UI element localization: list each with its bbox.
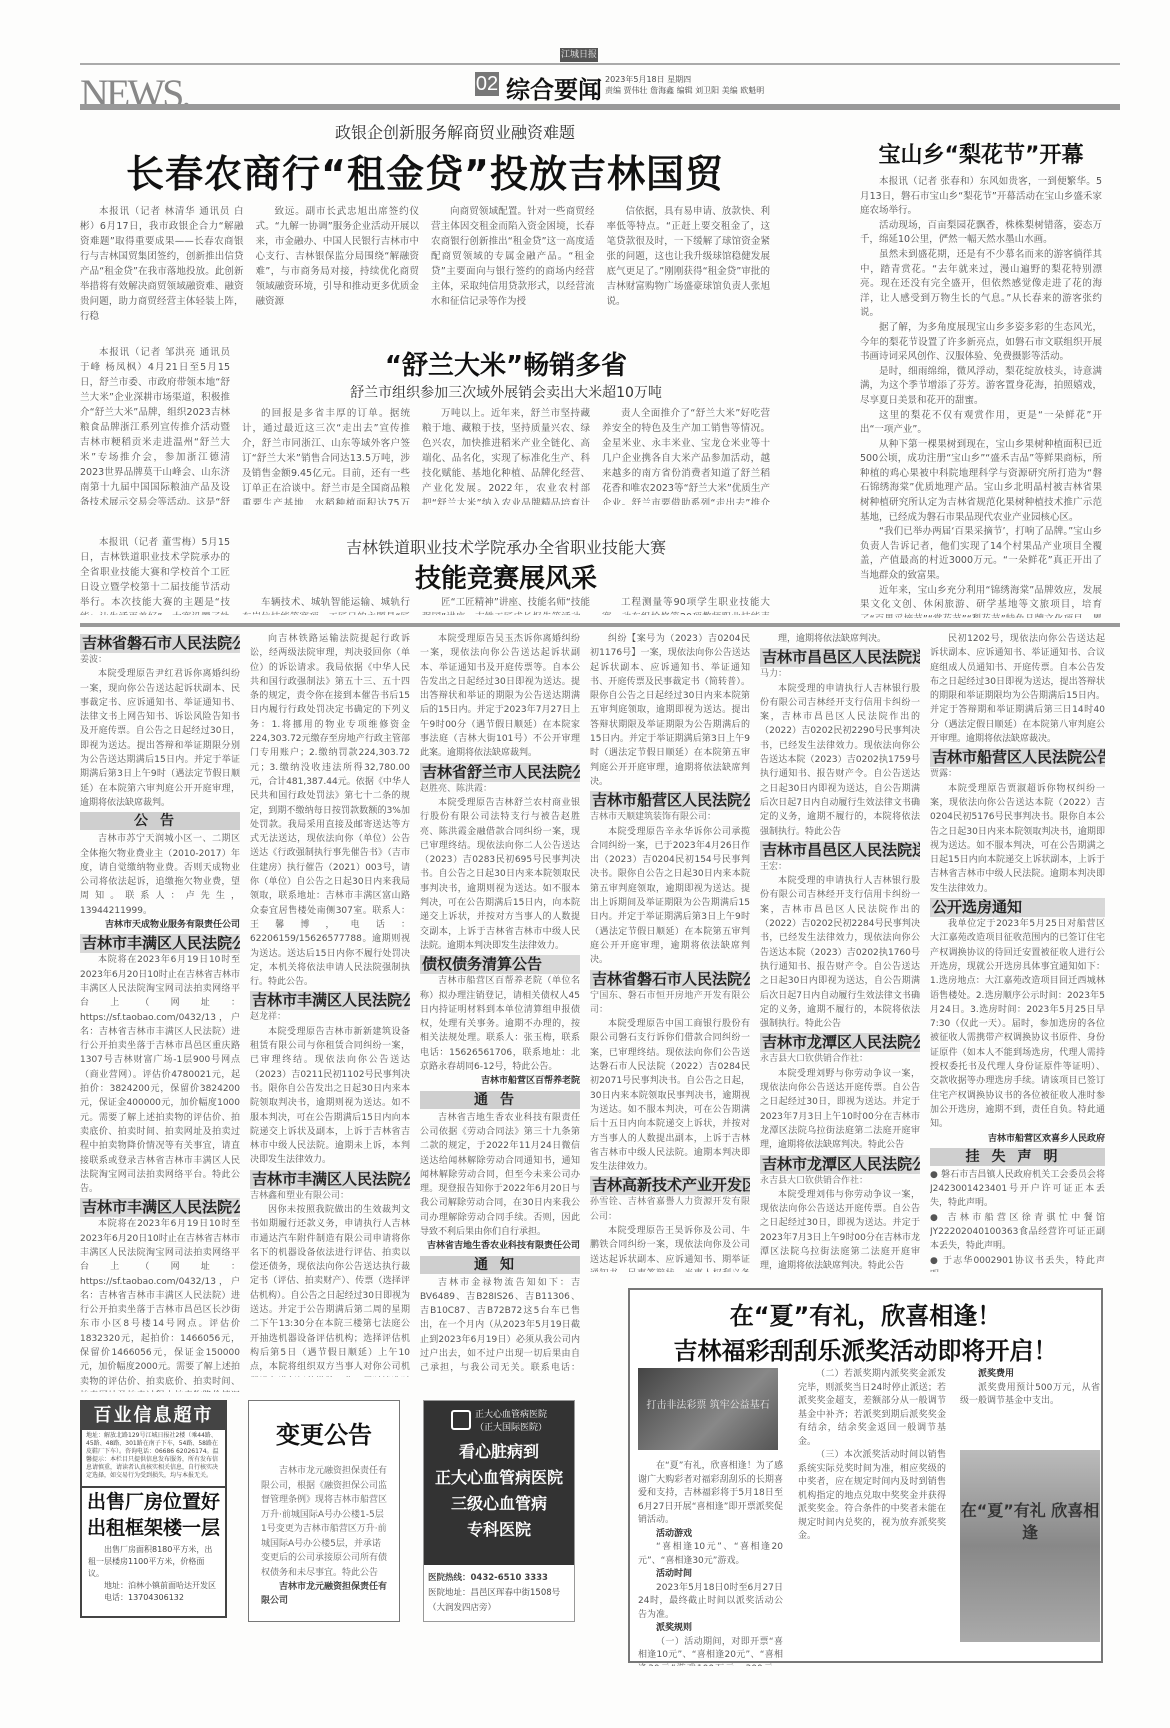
notice-body: 本院受理原告辛永华诉你公司承揽合同纠纷一案，已于2023年4月26日作出（202… — [590, 825, 750, 968]
notice-body: 吉林市苏宁天润城小区一、二期区全体拖欠物业费业主（2010-2017）年度，请自… — [80, 832, 240, 918]
notice-body: 本院受理原告王昊诉你及公司、牛鹏铁合同纠纷一案，现依法向你及公司送达起诉状副本、… — [590, 1224, 750, 1272]
notice-to: 孙雪铨、吉林省嘉譽人力资源开发有限公司： — [590, 1195, 750, 1224]
hospital-name: 正大心血管病医院 — [475, 1407, 547, 1420]
change-notice-signature: 吉林市龙元融资担保责任有限公司 — [261, 1580, 387, 1608]
hospital-slogan-1: 看心脏病到 — [428, 1439, 570, 1465]
notice-body: 因你未按照我院做出的生效裁判文书如期履行还款义务，申请执行人吉林市通达汽车附件制… — [250, 1203, 410, 1377]
notice-to: 吉林市天顺建筑装饰有限公司： — [590, 810, 750, 824]
hospital-slogan-3: 三级心血管病 — [428, 1491, 570, 1517]
lottery-cost: 派奖费用预计500万元，从省级一般调节基金中支出。 — [960, 1382, 1100, 1409]
article-kicker: 吉林铁道职业技术学院承办全省职业技能大赛 — [242, 535, 770, 558]
notice-to: 宁国东、磐石市恒开房地产开发有限公司： — [590, 989, 750, 1018]
paragraph: “我们已举办两届‘百果采摘节’，打响了品牌。”宝山乡负责人告诉记者，他们实现了1… — [860, 525, 1102, 583]
article-pear-festival: 宝山乡“梨花节”开幕 本报讯（记者 张春和）东风如贵客，一到便繁华。5月13日，… — [860, 138, 1102, 618]
ad-market-info: 出售厂房面积8180平方米，出租一层楼房1100平方米，价格面议。 — [82, 1544, 225, 1580]
section-title: 综合要闻 — [506, 70, 602, 105]
notice-body: 本院受理的申请执行人吉林银行股份有限公司吉林经开支行信用卡纠纷一案，吉林市昌邑区… — [760, 874, 920, 1031]
date-line: 2023年5月18日 星期四 — [605, 74, 764, 85]
article-column: 本报讯（记者 邹洪亮 通讯员 于峰 杨凤枫）4月21日至5月15日，舒兰市委、市… — [80, 345, 230, 505]
ad-market-phone: 电话：13704306132 — [82, 1592, 225, 1604]
lottery-text-col2: （二）若派奖期内派奖奖金派发完毕，则派奖当日24时停止派送；若派奖奖金超支，差额… — [798, 1368, 946, 1648]
article-column: 本报讯（记者 林清华 通讯员 白彬）6月17日，我市政银企合力“解融资难题”取得… — [80, 204, 244, 324]
notice-body: 本院将在2023年6月19日10时至2023年6月20日10时止在吉林省吉林市丰… — [80, 953, 240, 1196]
lottery-games-heading: 活动游戏 — [638, 1528, 783, 1542]
ad-info-market: 百业信息超市 地址：解放北路129号江城日报社2楼（乘44路、45路、48路、3… — [80, 1400, 227, 1618]
ad-lottery: 在“夏”有礼，欣喜相逢！ 吉林福彩刮刮乐派奖活动即将开启！ 打击非法彩票 筑牢公… — [628, 1288, 1103, 1663]
paper-logo: 江城日报 — [560, 48, 598, 62]
lottery-games: “喜相逢10元”、“喜相逢20元”、“喜相逢30元”游戏。 — [638, 1541, 783, 1568]
notice-title: 公开选房通知 — [930, 898, 1105, 917]
article-column: 信依据，具有易申请、放款快、利率低等特点。“正赶上要交租金了，这笔贷款很及时，一… — [607, 204, 771, 324]
notice-to: 吉林鑫和塑业有限公司： — [250, 1189, 410, 1203]
notice-body: 本院受理刘野与你劳动争议一案，现依法向你公告送达开庭传票。自公告之日起经过30日… — [760, 1067, 920, 1153]
article-rent-loan: 政银企创新服务解商贸业融资难题 长春农商行“租金贷”投放吉林国贸 本报讯（记者 … — [80, 120, 770, 325]
notice-body: 本院受理原告吉林市新新建筑设备租赁有限公司与你租赁合同纠纷一案，已审理终结。现依… — [250, 1025, 410, 1168]
notice-to: 永吉县大口钦供销合作社： — [760, 1052, 920, 1066]
ad-market-header: 百业信息超市 — [82, 1402, 225, 1430]
hospital-alt-name: （正大国际医院） — [475, 1420, 547, 1433]
notice-body: 理，逾期将依法缺席判决。 — [760, 632, 920, 646]
notice-bullet: ● 磐石市吉昌镇人民政府机关工会委员会将J2423001423401号开户许可证… — [930, 1168, 1105, 1211]
article-headline: 长春农商行“租金贷”投放吉林国贸 — [80, 143, 770, 198]
paragraph: 这里的梨花不仅有观赏作用，更是“一朵鲜花”开出“一项产业”。 — [860, 409, 1102, 438]
ad-change-notice: 变更公告 吉林市龙元融资担保责任有限公司，根据《融资担保公司监督管理条例》现将吉… — [248, 1400, 400, 1622]
lottery-time-heading: 活动时间 — [638, 1568, 783, 1582]
notice-title: 吉林市昌邑区人民法院送达公告 — [760, 841, 920, 860]
article-column: 致远。副市长武忠旭出席签约仪式。“九解一协调”服务企业活动开展以来，市金融办、中… — [256, 204, 420, 324]
section-meta: 2023年5月18日 星期四 责编 贾伟壮 詹海鑫 编辑 刘卫阳 美编 欧魁明 — [605, 74, 764, 96]
article-column: 工程测量等90项学生职业技能大赛、动车组检修等20项教师职业技能表演赛、“筑梦新… — [602, 595, 770, 615]
article-column: 的回报是多省丰厚的订单。据统计，通过最近这三次“走出去”宣传推介，舒兰市同浙江、… — [242, 406, 410, 505]
notice-body: 吉林省吉地生香农业科技有限责任公司依据《劳动合同法》第三十九条第二款的规定，于2… — [420, 1111, 580, 1240]
article-kicker: 政银企创新服务解商贸业融资难题 — [140, 120, 770, 143]
lottery-banner-image: 打击非法彩票 筑牢公益基石 — [638, 1368, 778, 1450]
notice-column-2: 向吉林铁路运输法院提起行政诉讼，经两级法院审理，判决驳回你（单位）的诉讼请求。我… — [250, 632, 410, 1377]
article-column: 车辆技术、城轨智能运输、城轨行车岗位技能等赛项。工匠日的主题是“匠心向党，技能强… — [242, 595, 410, 615]
paragraph: 本报讯（记者 张春和）东风如贵客，一到便繁华。5月13日，磐石市宝山乡“梨花节”… — [860, 175, 1102, 219]
masthead: 江城日报 NEWS. 02 综合要闻 2023年5月18日 星期四 责编 贾伟壮… — [80, 48, 1120, 110]
notice-body: 本院将在2023年6月19日10时至2023年6月20日10时止在吉林省吉林市丰… — [80, 1217, 240, 1392]
notice-body: 本院受理原告吴玉杰诉你离婚纠纷一案，现依法向你公告送达起诉状副本、举证通知书及开… — [420, 632, 580, 761]
notice-center: 公告 — [80, 812, 240, 830]
notice-body: 本院受理原告中国工商银行股份有限公司磐石支行诉你们借款合同纠纷一案，已审理终结。… — [590, 1017, 750, 1174]
notice-body: 吉林市金禄物流告知如下：吉BV6489、吉B28IS26、吉B11306、吉B1… — [420, 1276, 580, 1377]
section-number: 02 — [475, 72, 499, 96]
paragraph: 是时，细雨绵绵，微风浮动，梨花绽放枝头，诗意满满，为这个季节增添了芬芳。游客置身… — [860, 365, 1102, 409]
notice-title: 吉林市龙潭区人民法院公告 — [760, 1155, 920, 1174]
notice-title: 吉林市龙潭区人民法院公告 — [760, 1033, 920, 1052]
change-notice-title: 变更公告 — [261, 1415, 387, 1450]
lottery-headline-2: 吉林福彩刮刮乐派奖活动即将开启！ — [630, 1331, 1101, 1366]
notice-sign: 吉林市天成物业服务有限责任公司 — [80, 918, 240, 932]
article-headline: 宝山乡“梨花节”开幕 — [860, 138, 1102, 169]
notice-column-1: 吉林省磐石市人民法院公告姜波：本院受理原告尹红君诉你离婚纠纷一案，现向你公告送达… — [80, 632, 240, 1392]
address-label: 医院地址： — [428, 1588, 471, 1598]
lottery-rules-heading: 派奖规则 — [638, 1622, 783, 1636]
notice-title: 吉林市丰满区人民法院公告 — [250, 991, 410, 1010]
hospital-slogan-4: 专科医院 — [428, 1517, 570, 1543]
masthead-rule-top — [80, 63, 1120, 65]
notice-to: 赵龙祥： — [250, 1010, 410, 1024]
hotline-number: 0432-6510 3333 — [471, 1573, 548, 1583]
notice-title: 吉林市丰满区人民法院公告(第一次) — [80, 934, 240, 953]
notice-body: 本院受理刘伟与你劳动争议一案，现依法向你公告送达开庭传票。自公告之日起经过30日… — [760, 1188, 920, 1272]
article-column: 本报讯（记者 董雪梅）5月15日，吉林铁道职业技术学院承办的全省职业技能大赛和学… — [80, 535, 230, 615]
notice-title: 吉林省舒兰市人民法院公告 — [420, 763, 580, 782]
notice-title: 债权债务清算公告 — [420, 955, 580, 974]
article-column: 向商贸领域配置。针对一些商贸经营主体因交租金而陷入资金困境，长春农商银行创新推出… — [431, 204, 595, 324]
newspaper-page: 江城日报 NEWS. 02 综合要闻 2023年5月18日 星期四 责编 贾伟壮… — [80, 0, 1120, 1728]
notice-bullet: ● 于志华0002901协议书丢失，特此声明。 — [930, 1254, 1105, 1272]
notice-body: 我单位定于2023年5月25日对船营区大江嘉苑改造项目征收范围内的已签订住宅产权… — [930, 917, 1105, 1131]
notice-center: 挂失声明 — [930, 1148, 1105, 1166]
section-divider — [80, 623, 1120, 627]
notice-body: 吉林市船营区百帮养老院（单位名称）拟办理注销登记，请相关债权人45日内持证明材料… — [420, 974, 580, 1074]
notice-body: 本院受理原告尹红君诉你离婚纠纷一案，现向你公告送达起诉状副本、民事裁定书、应诉通… — [80, 667, 240, 810]
hospital-emblem-icon — [451, 1410, 471, 1430]
ad-market-address: 地址：泊林小镇前面哈达开发区 — [82, 1580, 225, 1592]
ad-hospital: 正大心血管病医院 （正大国际医院） 看心脏病到 正大心血管病医院 三级心血管病 … — [423, 1400, 575, 1622]
lottery-rules-2: （二）若派奖期内派奖奖金派发完毕，则派奖当日24时停止派送；若派奖奖金超支，差额… — [798, 1368, 946, 1449]
notice-title: 吉林高新技术产业开发区人民法院公告 — [590, 1176, 750, 1195]
lottery-time: 2023年5月18日0时至6月27日24时，最终截止时间以派奖活动公告为准。 — [638, 1582, 783, 1623]
notice-to: 永吉县大口钦供销合作社： — [760, 1174, 920, 1188]
article-column: 匠“工匠精神”讲座、技能名师“技能强国”讲座、吉铁工匠成长报告等活动。技能节的主… — [422, 595, 590, 615]
notice-body: 纠纷【案号为（2023）吉0204民初1176号】一案，现依法向你公告送达起诉状… — [590, 632, 750, 789]
notice-to: 贾露： — [930, 767, 1105, 781]
article-headline: “舒兰大米”畅销多省 — [242, 345, 770, 382]
notice-body: 本院受理的申请执行人吉林银行股份有限公司吉林经开支行信用卡纠纷一案，吉林市昌邑区… — [760, 682, 920, 839]
notice-sign: 吉林市船营区欢喜乡人民政府 — [930, 1132, 1105, 1146]
lottery-text-col1: 在“夏”有礼，欣喜相逢！为了感谢广大购彩者对福彩刮刮乐的长期喜爱和支持，吉林福彩… — [638, 1460, 783, 1666]
lottery-cost-heading: 派奖费用 — [960, 1368, 1100, 1382]
notice-sign: 吉林省吉地生香农业科技有限责任公司 — [420, 1239, 580, 1253]
lottery-rules-1: （一）活动期间，对即开票“喜相逢10元”、“喜相逢20元”、“喜相逢30元”游戏… — [638, 1636, 783, 1666]
ad-market-line1: 出售厂房位置好 — [82, 1490, 225, 1514]
notice-body: 本院受理原告吉林舒兰农村商业银行股份有限公司法特支行与被告赵胜亮、陈洪霞金融借款… — [420, 796, 580, 953]
notice-title: 吉林市丰满区人民法院公告(第一次) — [80, 1198, 240, 1217]
notice-center: 通知 — [420, 1256, 580, 1274]
notice-to: 王宏： — [760, 860, 920, 874]
notice-bullet: ● 吉林市船营区徐青骐忙中餐馆JY22202040100363食品经营许可证正副… — [930, 1211, 1105, 1254]
paragraph: 从种下第一棵果树到现在，宝山乡果树种植面积已近500公顷，成功注册“宝山乡”“盛… — [860, 438, 1102, 526]
staff-line: 责编 贾伟壮 詹海鑫 编辑 刘卫阳 美编 欧魁明 — [605, 85, 764, 96]
ad-market-line2: 出租框架楼一层 — [82, 1516, 225, 1540]
paragraph: 据了解，为多角度展现宝山乡多姿多彩的生态风光，今年的梨花节设置了许多新亮点，如磐… — [860, 321, 1102, 365]
notice-to: 姜波： — [80, 653, 240, 667]
hospital-slogan-2: 正大心血管病医院 — [428, 1465, 570, 1491]
article-shulan-rice: 本报讯（记者 邹洪亮 通讯员 于峰 杨凤枫）4月21日至5月15日，舒兰市委、市… — [80, 345, 770, 505]
paragraph: 虽然未到盛花期，还是有不少慕名而来的游客徜徉其中，踏青赏花。“去年就来过，漫山遍… — [860, 248, 1102, 321]
lottery-rules-3: （三）本次派奖活动时间以销售系统实际兑奖时间为准，相应奖级的中奖者，应在规定时间… — [798, 1449, 946, 1544]
lottery-poster-image: 在“夏”有礼 欣喜相逢 — [960, 1450, 1100, 1642]
notice-column-6: 民初1202号，现依法向你公告送达起诉状副本、应诉通知书、举证通知书、合议庭组成… — [930, 632, 1105, 1272]
notice-center: 通告 — [420, 1091, 580, 1109]
notice-column-3: 本院受理原告吴玉杰诉你离婚纠纷一案，现依法向你公告送达起诉状副本、举证通知书及开… — [420, 632, 580, 1377]
notice-title: 吉林市昌邑区人民法院送达公告 — [760, 648, 920, 667]
notice-body: 向吉林铁路运输法院提起行政诉讼，经两级法院审理，判决驳回你（单位）的诉讼请求。我… — [250, 632, 410, 989]
masthead-rule-bottom — [80, 104, 1120, 110]
notice-title: 吉林市船营区人民法院公告 — [590, 791, 750, 810]
notice-to: 马力： — [760, 667, 920, 681]
hotline-label: 医院热线： — [428, 1573, 471, 1583]
lottery-intro: 在“夏”有礼，欣喜相逢！为了感谢广大购彩者对福彩刮刮乐的长期喜爱和支持，吉林福彩… — [638, 1460, 783, 1528]
notice-title: 吉林市船营区人民法院公告 — [930, 748, 1105, 767]
notice-column-4: 纠纷【案号为（2023）吉0204民初1176号】一案，现依法向你公告送达起诉状… — [590, 632, 750, 1272]
notice-body: 民初1202号，现依法向你公告送达起诉状副本、应诉通知书、举证通知书、合议庭组成… — [930, 632, 1105, 746]
notice-to: 赵胜亮、陈洪霞： — [420, 782, 580, 796]
article-body: 本报讯（记者 张春和）东风如贵客，一到便繁华。5月13日，磐石市宝山乡“梨花节”… — [860, 175, 1102, 618]
article-headline: 技能竞赛展风采 — [242, 558, 770, 595]
lottery-headline-1: 在“夏”有礼，欣喜相逢！ — [630, 1296, 1101, 1331]
article-column: 责人全面推介了“舒兰大米”好吃营养安全的特色及生产加工销售等情况。金星米业、永丰… — [602, 406, 770, 505]
notice-title: 吉林省磐石市人民法院公告 — [80, 634, 240, 653]
notice-column-5: 理，逾期将依法缺席判决。吉林市昌邑区人民法院送达公告马力：本院受理的申请执行人吉… — [760, 632, 920, 1272]
article-subhead: 舒兰市组织参加三次域外展销会卖出大米超10万吨 — [242, 382, 770, 402]
paragraph: 活动现场，百亩梨园花飘香，株株梨树错落，姿态万千，绵延10公里，俨然一幅天然水墨… — [860, 219, 1102, 248]
hospital-logo: 正大心血管病医院 （正大国际医院） — [428, 1407, 570, 1433]
change-notice-body: 吉林市龙元融资担保责任有限公司，根据《融资担保公司监督管理条例》现将吉林市船营区… — [261, 1464, 387, 1580]
notice-title: 吉林市丰满区人民法院公告 — [250, 1170, 410, 1189]
ad-market-small-text: 地址：解放北路129号江城日报社2楼（乘44路、45路、48路、301路在南子下… — [82, 1430, 225, 1488]
notice-body: 本院受理原告贾淑超诉你物权纠纷一案，现依法向你公告送达本院（2022）吉0204… — [930, 782, 1105, 896]
article-column: 万吨以上。近年来，舒兰市坚持藏粮于地、藏粮于技，坚持质量兴农、绿色兴农，加快推进… — [422, 406, 590, 505]
notice-title: 吉林省磐石市人民法院公告 — [590, 970, 750, 989]
article-skill-contest: 本报讯（记者 董雪梅）5月15日，吉林铁道职业技术学院承办的全省职业技能大赛和学… — [80, 535, 770, 615]
lottery-text-col3: 派奖费用 派奖费用预计500万元，从省级一般调节基金中支出。 — [960, 1368, 1100, 1409]
paragraph: 近年来，宝山乡充分利用“锦绣海棠”品牌效应，发展果文化文创、休闲旅游、研学基地等… — [860, 584, 1102, 618]
notice-sign: 吉林市船营区百帮养老院 — [420, 1074, 580, 1088]
